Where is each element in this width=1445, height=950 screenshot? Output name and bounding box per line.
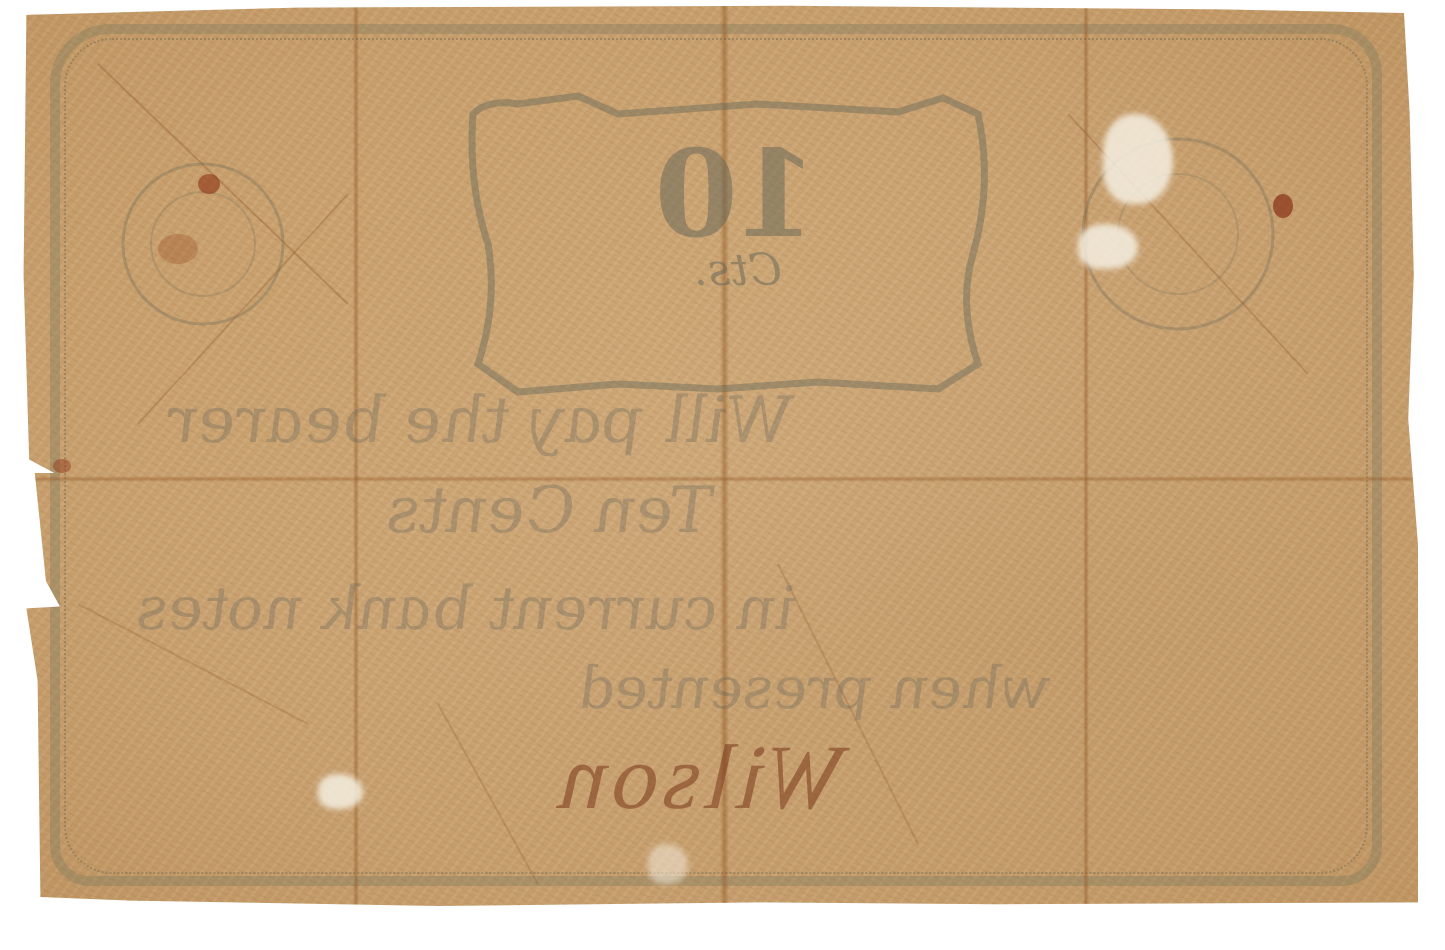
- worn-patch: [648, 844, 688, 884]
- rust-stain: [53, 459, 71, 473]
- rust-stain: [158, 234, 198, 264]
- script-line-3: in current bank notes: [127, 574, 807, 644]
- rust-stain: [1273, 194, 1293, 218]
- denomination-mirrored: 10 Cts.: [548, 124, 928, 304]
- rust-stain: [198, 174, 220, 194]
- script-line-2: Ten Cents: [376, 474, 724, 548]
- script-line-1: Will pay the bearer: [156, 384, 803, 458]
- paper-note: 10 Cts. Will pay the bearer Ten Cents in…: [18, 4, 1418, 906]
- denomination-unit: Cts.: [694, 249, 782, 293]
- signature: Wilson: [537, 724, 866, 830]
- worn-patch: [1103, 114, 1173, 204]
- script-line-4: when presented: [567, 654, 1062, 722]
- worn-patch: [318, 774, 363, 809]
- denomination-value: 10: [659, 135, 818, 255]
- worn-patch: [1078, 224, 1138, 269]
